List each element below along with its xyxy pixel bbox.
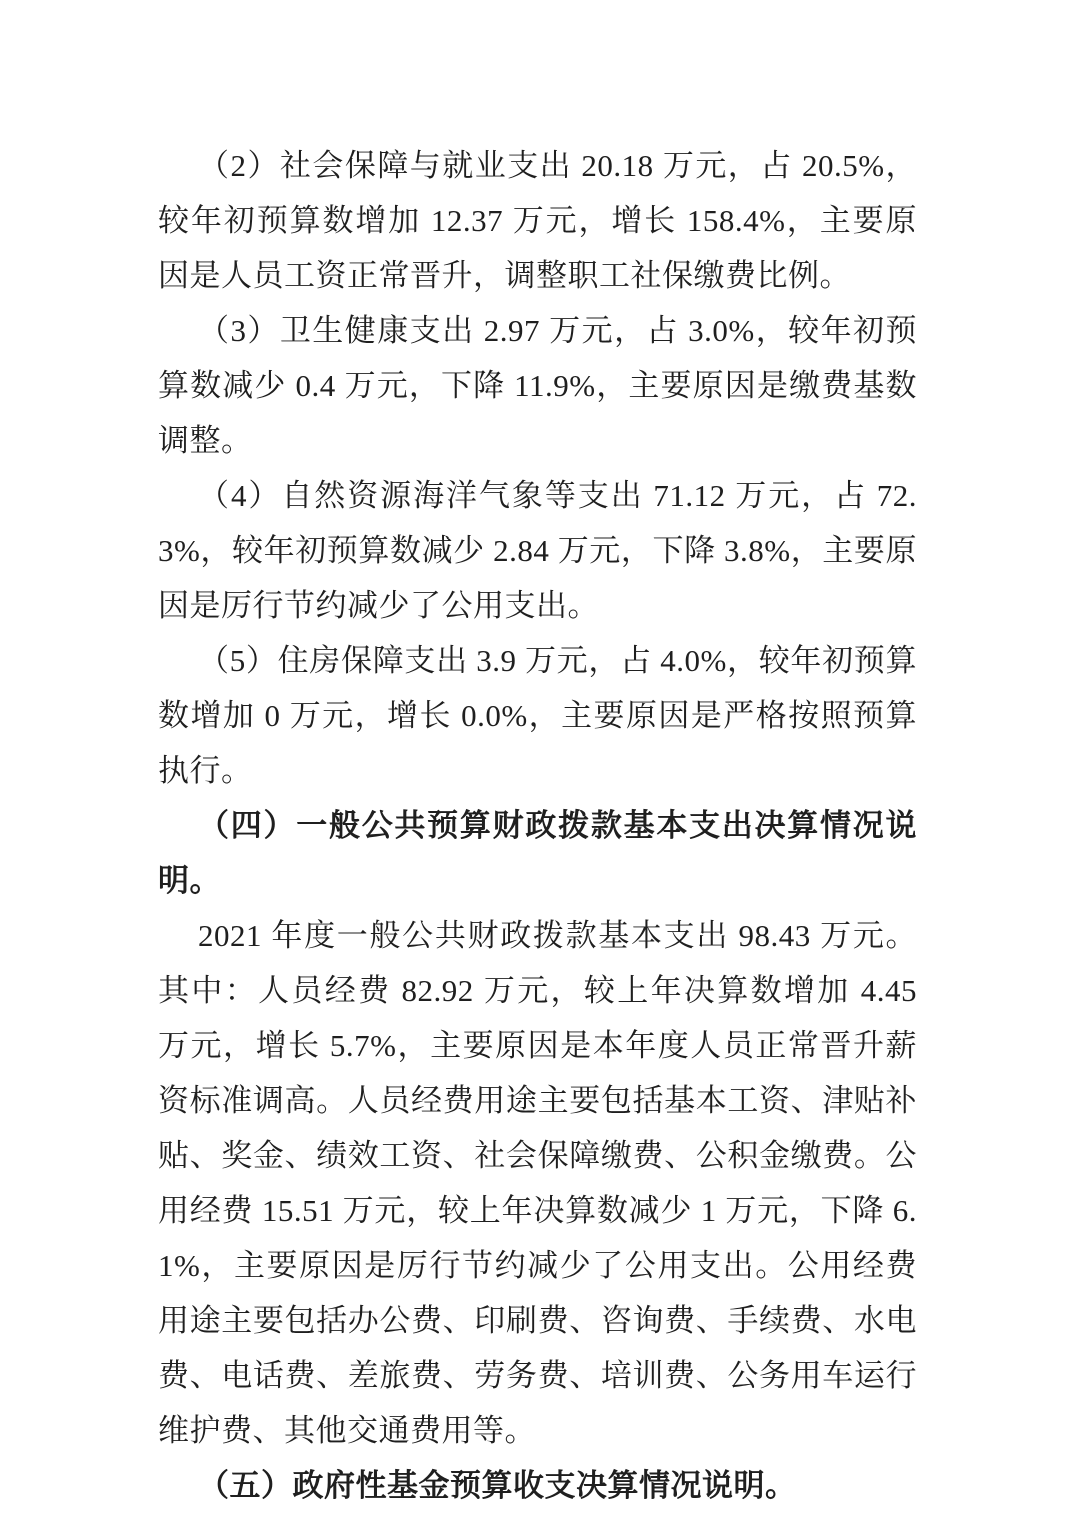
section-heading: （四）一般公共预算财政拨款基本支出决算情况说明。 bbox=[158, 798, 917, 908]
paragraph: （2）社会保障与就业支出 20.18 万元，占 20.5%，较年初预算数增加 1… bbox=[158, 138, 917, 303]
paragraph: （5）住房保障支出 3.9 万元，占 4.0%，较年初预算数增加 0 万元，增长… bbox=[158, 633, 917, 798]
document-page: （2）社会保障与就业支出 20.18 万元，占 20.5%，较年初预算数增加 1… bbox=[0, 0, 1075, 1521]
paragraph: （4）自然资源海洋气象等支出 71.12 万元，占 72.3%，较年初预算数减少… bbox=[158, 468, 917, 633]
section-heading: （五）政府性基金预算收支决算情况说明。 bbox=[158, 1458, 917, 1513]
paragraph: （3）卫生健康支出 2.97 万元，占 3.0%，较年初预算数减少 0.4 万元… bbox=[158, 303, 917, 468]
document-body: （2）社会保障与就业支出 20.18 万元，占 20.5%，较年初预算数增加 1… bbox=[158, 138, 917, 1513]
paragraph: 2021 年度一般公共财政拨款基本支出 98.43 万元。其中：人员经费 82.… bbox=[158, 908, 917, 1458]
